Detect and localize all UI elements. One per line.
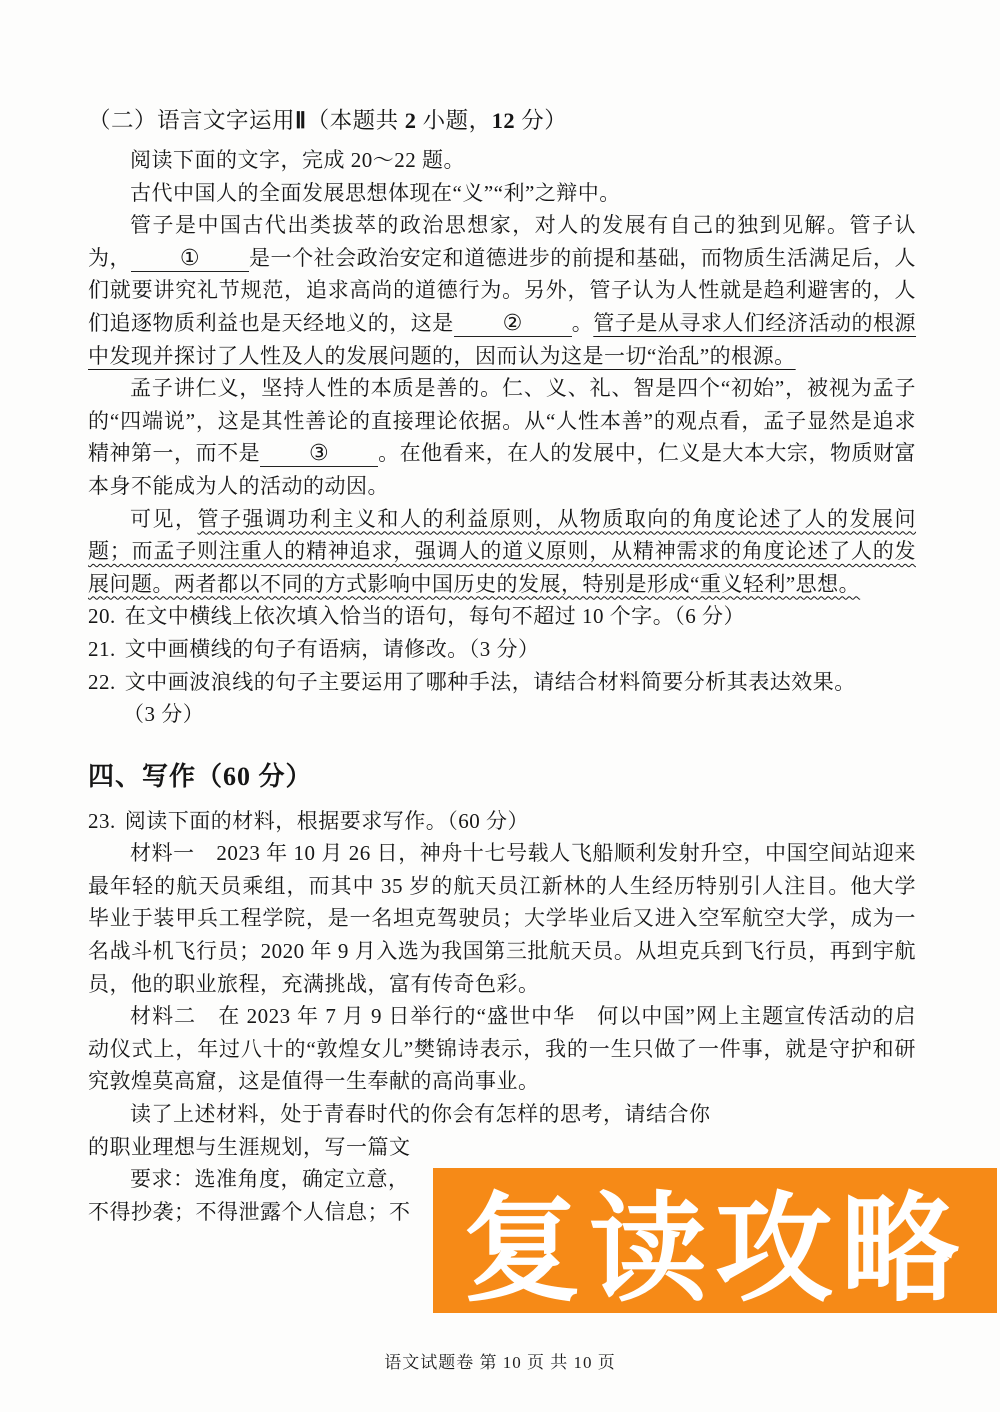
blank-2: ② [454, 312, 572, 337]
passage-paragraph-guanzi: 管子是中国古代出类拔萃的政治思想家，对人的发展有自己的独到见解。管子认为，①是一… [88, 209, 916, 372]
watermark-text: 复读攻略 [463, 1168, 967, 1313]
blank-1: ① [131, 247, 249, 272]
section-heading-pre: （二）语言文字运用 [88, 108, 295, 133]
question-points: （3 分） [123, 702, 204, 726]
watermark-overlay: 复读攻略 [433, 1168, 997, 1313]
writing-section-heading: 四、写作（60 分） [88, 758, 916, 796]
question-number: 21. [88, 637, 116, 661]
material-1: 材料一 2023 年 10 月 26 日，神舟十七号载人飞船顺利发射升空，中国空… [88, 837, 916, 1000]
closing-line-1: 读了上述材料，处于青春时代的你会有怎样的思考，请结合你 [88, 1098, 916, 1131]
exam-page: （二）语言文字运用Ⅱ（本题共 2 小题，12 分） 阅读下面的文字，完成 20～… [0, 0, 1000, 1412]
question-number: 22. [88, 670, 116, 694]
question-text: 文中画横线的句子有语病，请修改。（3 分） [125, 637, 540, 661]
passage-paragraph-mengzi: 孟子讲仁义，坚持人性的本质是善的。仁、义、礼、智是四个“初始”，被视为孟子的“四… [88, 372, 916, 502]
question-text: 阅读下面的材料，根据要求写作。（60 分） [125, 809, 529, 833]
page-content: （二）语言文字运用Ⅱ（本题共 2 小题，12 分） 阅读下面的文字，完成 20～… [88, 98, 916, 1228]
passage-intro: 阅读下面的文字，完成 20～22 题。 [88, 144, 916, 177]
material-2: 材料二 在 2023 年 7 月 9 日举行的“盛世中华 何以中国”网上主题宣传… [88, 1000, 916, 1098]
question-number: 23. [88, 809, 116, 833]
passage-text: 可见， [130, 507, 197, 531]
section-heading-mid2: 小题， [416, 108, 491, 133]
question-text: 文中画波浪线的句子主要运用了哪种手法，请结合材料简要分析其表达效果。 [125, 670, 856, 694]
question-23: 23.阅读下面的材料，根据要求写作。（60 分） [88, 805, 916, 838]
section-heading: （二）语言文字运用Ⅱ（本题共 2 小题，12 分） [88, 98, 916, 144]
question-22: 22.文中画波浪线的句子主要运用了哪种手法，请结合材料简要分析其表达效果。（3 … [88, 666, 916, 731]
section-heading-mid1: （本题共 [307, 108, 405, 133]
question-20: 20.在文中横线上依次填入恰当的语句，每句不超过 10 个字。（6 分） [88, 600, 916, 633]
question-21: 21.文中画横线的句子有语病，请修改。（3 分） [88, 633, 916, 666]
question-text: 在文中横线上依次填入恰当的语句，每句不超过 10 个字。（6 分） [125, 604, 745, 628]
question-number: 20. [88, 604, 116, 628]
section-heading-points: 12 [492, 108, 516, 133]
wavy-underlined-sentence: 管子强调功利主义和人的利益原则，从物质取向的角度论述了人的发展问题；而孟子则注重… [88, 507, 916, 596]
closing-line-2: 的职业理想与生涯规划，写一篇文 [88, 1131, 916, 1164]
section-heading-post: 分） [515, 108, 567, 133]
passage-thesis: 古代中国人的全面发展思想体现在“义”“利”之辩中。 [88, 177, 916, 210]
section-heading-numeral: Ⅱ [295, 108, 307, 133]
blank-3: ③ [260, 442, 378, 467]
question-list: 20.在文中横线上依次填入恰当的语句，每句不超过 10 个字。（6 分） 21.… [88, 600, 916, 730]
page-footer: 语文试题卷 第 10 页 共 10 页 [0, 1348, 1000, 1373]
passage-paragraph-conclusion: 可见，管子强调功利主义和人的利益原则，从物质取向的角度论述了人的发展问题；而孟子… [88, 503, 916, 601]
passage-text: 。 [572, 311, 594, 335]
section-heading-count: 2 [405, 108, 417, 133]
